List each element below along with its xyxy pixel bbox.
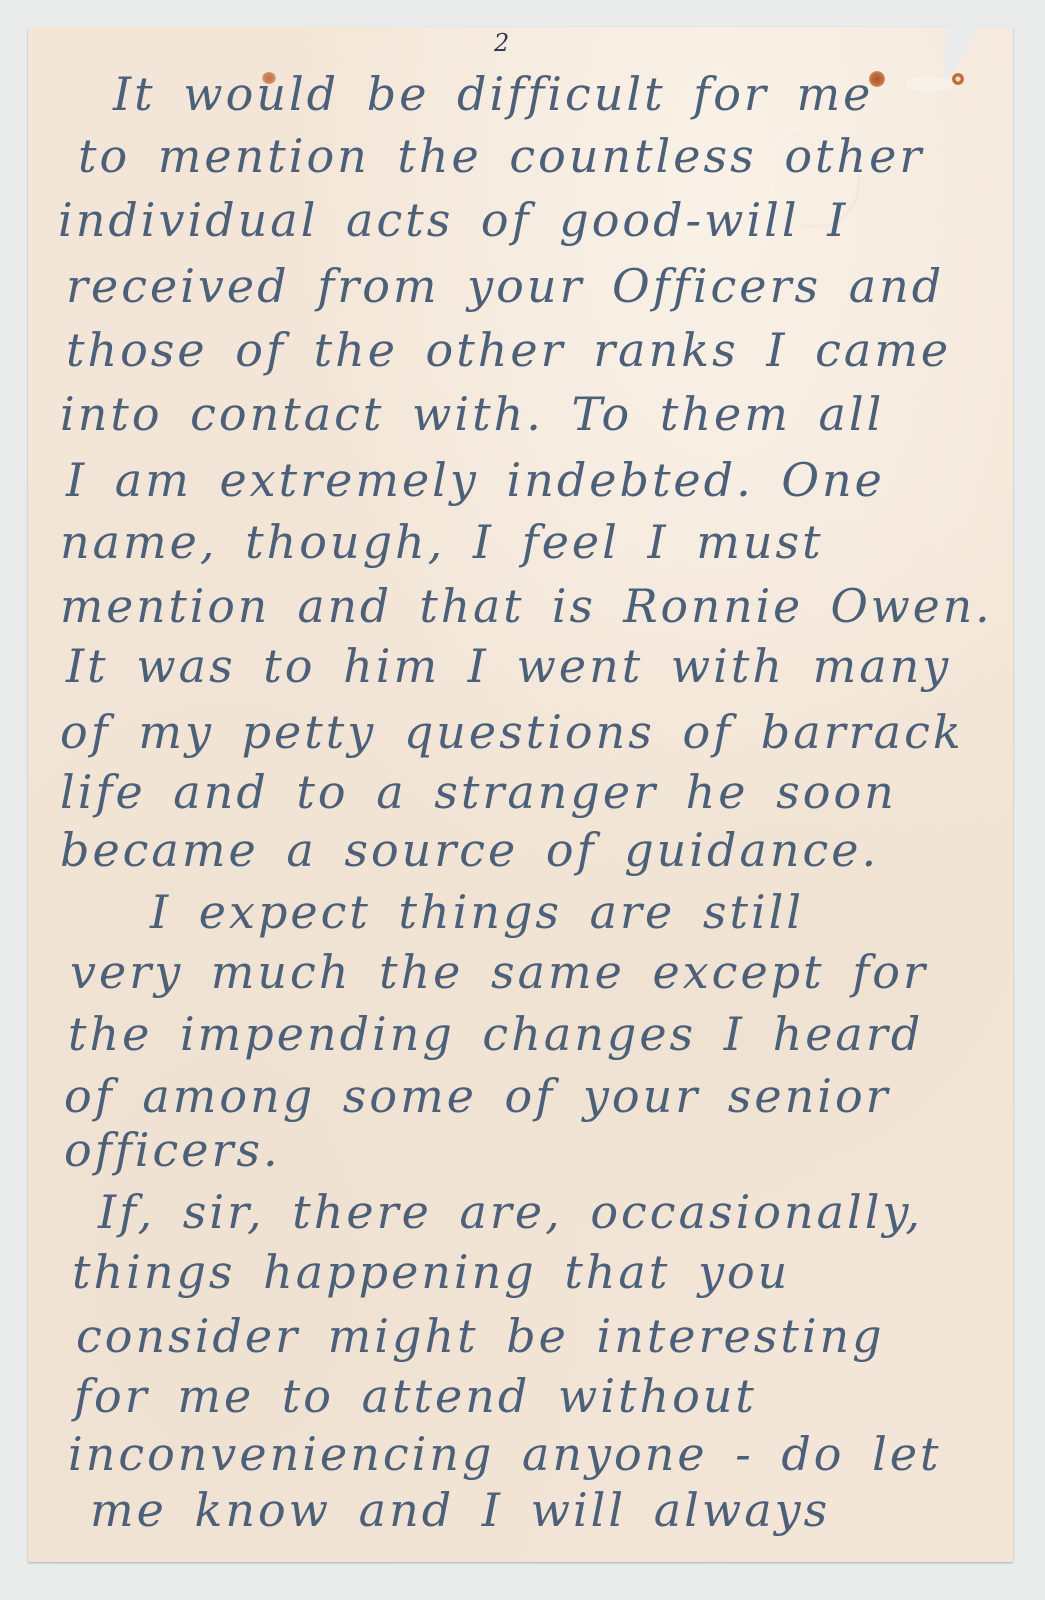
letter-line-12: life and to a stranger he soon [60, 769, 897, 815]
letter-line-16: the impending changes I heard [68, 1011, 923, 1057]
letter-line-19: If, sir, there are, occasionally, [98, 1189, 923, 1235]
letter-line-1: It would be difficult for me [113, 71, 873, 117]
letter-line-7: I am extremely indebted. One [66, 457, 885, 503]
letter-line-21: consider might be interesting [76, 1313, 885, 1359]
letter-line-13: became a source of guidance. [60, 827, 879, 873]
letter-line-2: to mention the countless other [78, 133, 924, 179]
letter-line-8: name, though, I feel I must [60, 519, 824, 565]
letter-line-24: me know and I will always [90, 1487, 830, 1533]
letter-line-18: officers. [64, 1127, 281, 1173]
letter-line-3: individual acts of good-will I [58, 197, 848, 243]
letter-line-20: things happening that you [72, 1249, 790, 1295]
letter-page: 2 It would be difficult for me to mentio… [28, 27, 1013, 1562]
letter-line-10: It was to him I went with many [66, 643, 951, 689]
letter-line-23: inconveniencing anyone - do let [68, 1431, 942, 1477]
rust-spot [952, 73, 964, 85]
torn-paper-fray [906, 77, 954, 91]
letter-line-6: into contact with. To them all [60, 391, 884, 437]
letter-line-15: very much the same except for [70, 949, 928, 995]
letter-line-9: mention and that is Ronnie Owen. [60, 583, 993, 629]
letter-line-5: those of the other ranks I came [66, 327, 951, 373]
letter-line-4: received from your Officers and [66, 263, 944, 309]
letter-line-11: of my petty questions of barrack [60, 709, 964, 755]
letter-line-14: I expect things are still [150, 889, 804, 935]
page-number: 2 [494, 29, 509, 57]
letter-line-22: for me to attend without [74, 1373, 757, 1419]
letter-line-17: of among some of your senior [64, 1073, 891, 1119]
